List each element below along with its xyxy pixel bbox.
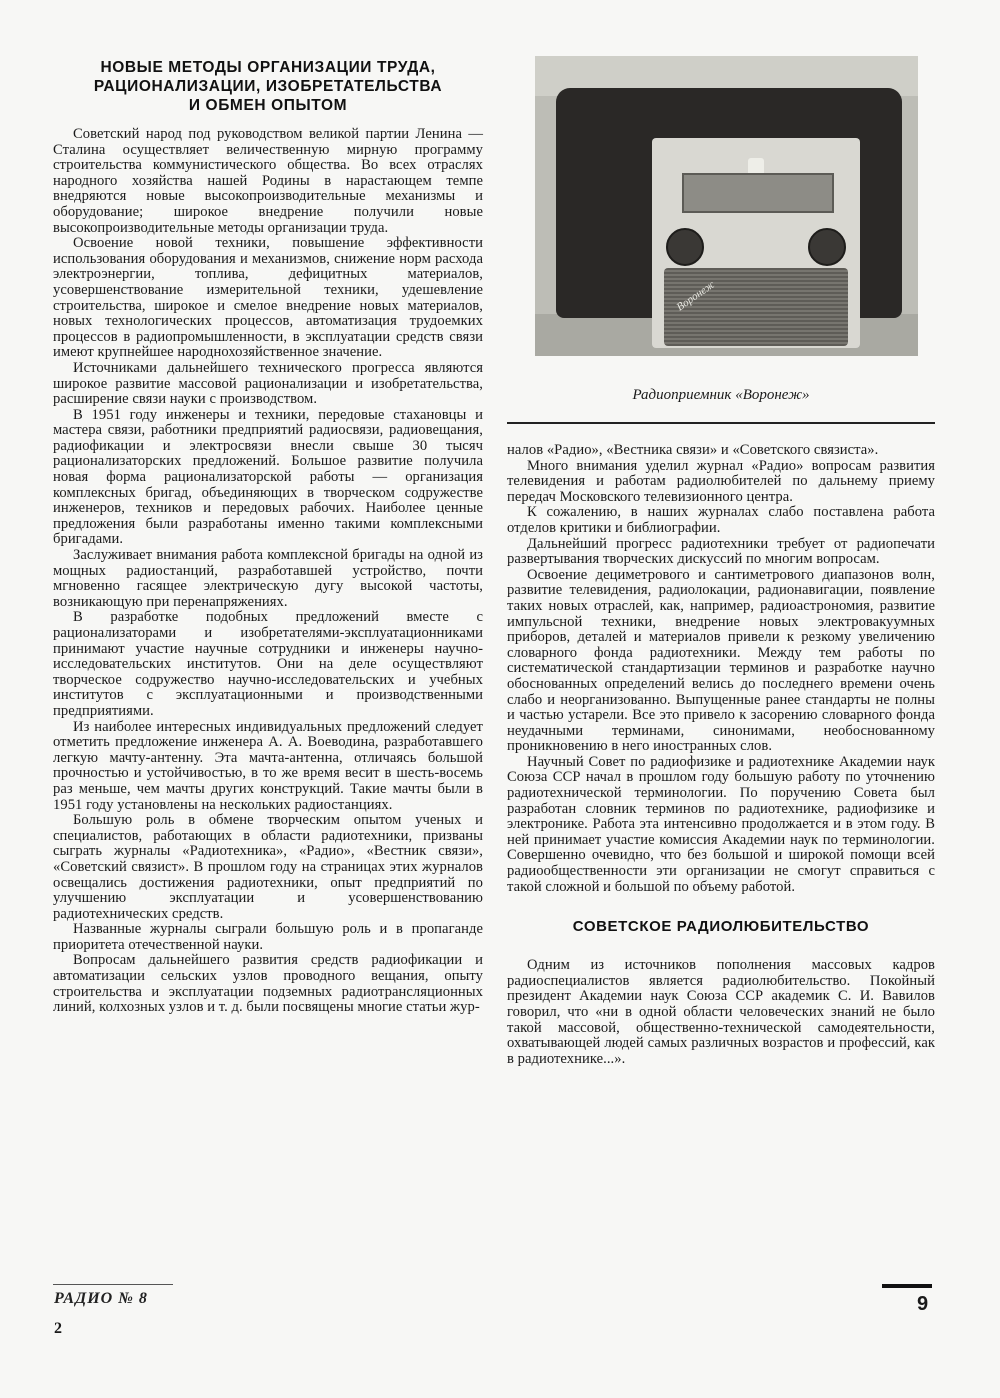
- paragraph: налов «Радио», «Вестника связи» и «Совет…: [507, 443, 935, 459]
- paragraph: Вопросам дальнейшего развития средств ра…: [53, 953, 483, 1015]
- radio-front-panel: Воронеж: [652, 138, 860, 348]
- title-line: И ОБМЕН ОПЫТОМ: [53, 96, 483, 115]
- speaker-grille: Воронеж: [664, 268, 848, 346]
- divider: [882, 1284, 932, 1288]
- page-number-right: 9: [917, 1293, 928, 1316]
- paragraph: К сожалению, в наших журналах слабо пост…: [507, 505, 935, 536]
- knob-icon: [808, 228, 846, 266]
- title-line: РАЦИОНАЛИЗАЦИИ, ИЗОБРЕТАТЕЛЬСТВА: [53, 77, 483, 96]
- radio-case: Воронеж: [556, 88, 902, 318]
- paragraph: Освоение новой техники, повышение эффект…: [53, 236, 483, 361]
- tuning-dial: [682, 173, 834, 213]
- paragraph: Освоение дециметрового и сантиметрового …: [507, 568, 935, 755]
- radio-receiver-photo: Воронеж: [535, 56, 918, 356]
- article-title: НОВЫЕ МЕТОДЫ ОРГАНИЗАЦИИ ТРУДА, РАЦИОНАЛ…: [53, 58, 483, 115]
- paragraph: Научный Совет по радиофизике и радиотехн…: [507, 755, 935, 895]
- paragraph: Заслуживает внимания работа комплексной …: [53, 548, 483, 610]
- paragraph: Из наиболее интересных индивидуальных пр…: [53, 720, 483, 814]
- paragraph: Советский народ под руководством великой…: [53, 127, 483, 236]
- paragraph: В разработке подобных предложений вместе…: [53, 610, 483, 719]
- brand-logo: Воронеж: [674, 279, 717, 314]
- divider: [507, 422, 935, 424]
- paragraph: Дальнейший прогресс радиотехники требует…: [507, 537, 935, 568]
- paragraph: Названные журналы сыграли большую роль и…: [53, 922, 483, 953]
- knob-icon: [666, 228, 704, 266]
- page-number-left: 2: [54, 1320, 62, 1338]
- paragraph: Источниками дальнейшего технического про…: [53, 361, 483, 408]
- paragraph: В 1951 году инженеры и техники, передовы…: [53, 408, 483, 548]
- paragraph: Большую роль в обмене творческим опытом …: [53, 813, 483, 922]
- section-title: СОВЕТСКОЕ РАДИОЛЮБИТЕЛЬСТВО: [507, 917, 935, 936]
- right-text-block: налов «Радио», «Вестника связи» и «Совет…: [507, 443, 935, 1067]
- paragraph: Много внимания уделил журнал «Радио» воп…: [507, 459, 935, 506]
- figure-caption: Радиоприемник «Воронеж»: [507, 387, 935, 404]
- paragraph: Одним из источников пополнения массовых …: [507, 958, 935, 1067]
- divider: [53, 1284, 173, 1285]
- title-line: НОВЫЕ МЕТОДЫ ОРГАНИЗАЦИИ ТРУДА,: [53, 58, 483, 77]
- left-column: НОВЫЕ МЕТОДЫ ОРГАНИЗАЦИИ ТРУДА, РАЦИОНАЛ…: [53, 58, 483, 1016]
- journal-issue: РАДИО № 8: [54, 1290, 148, 1308]
